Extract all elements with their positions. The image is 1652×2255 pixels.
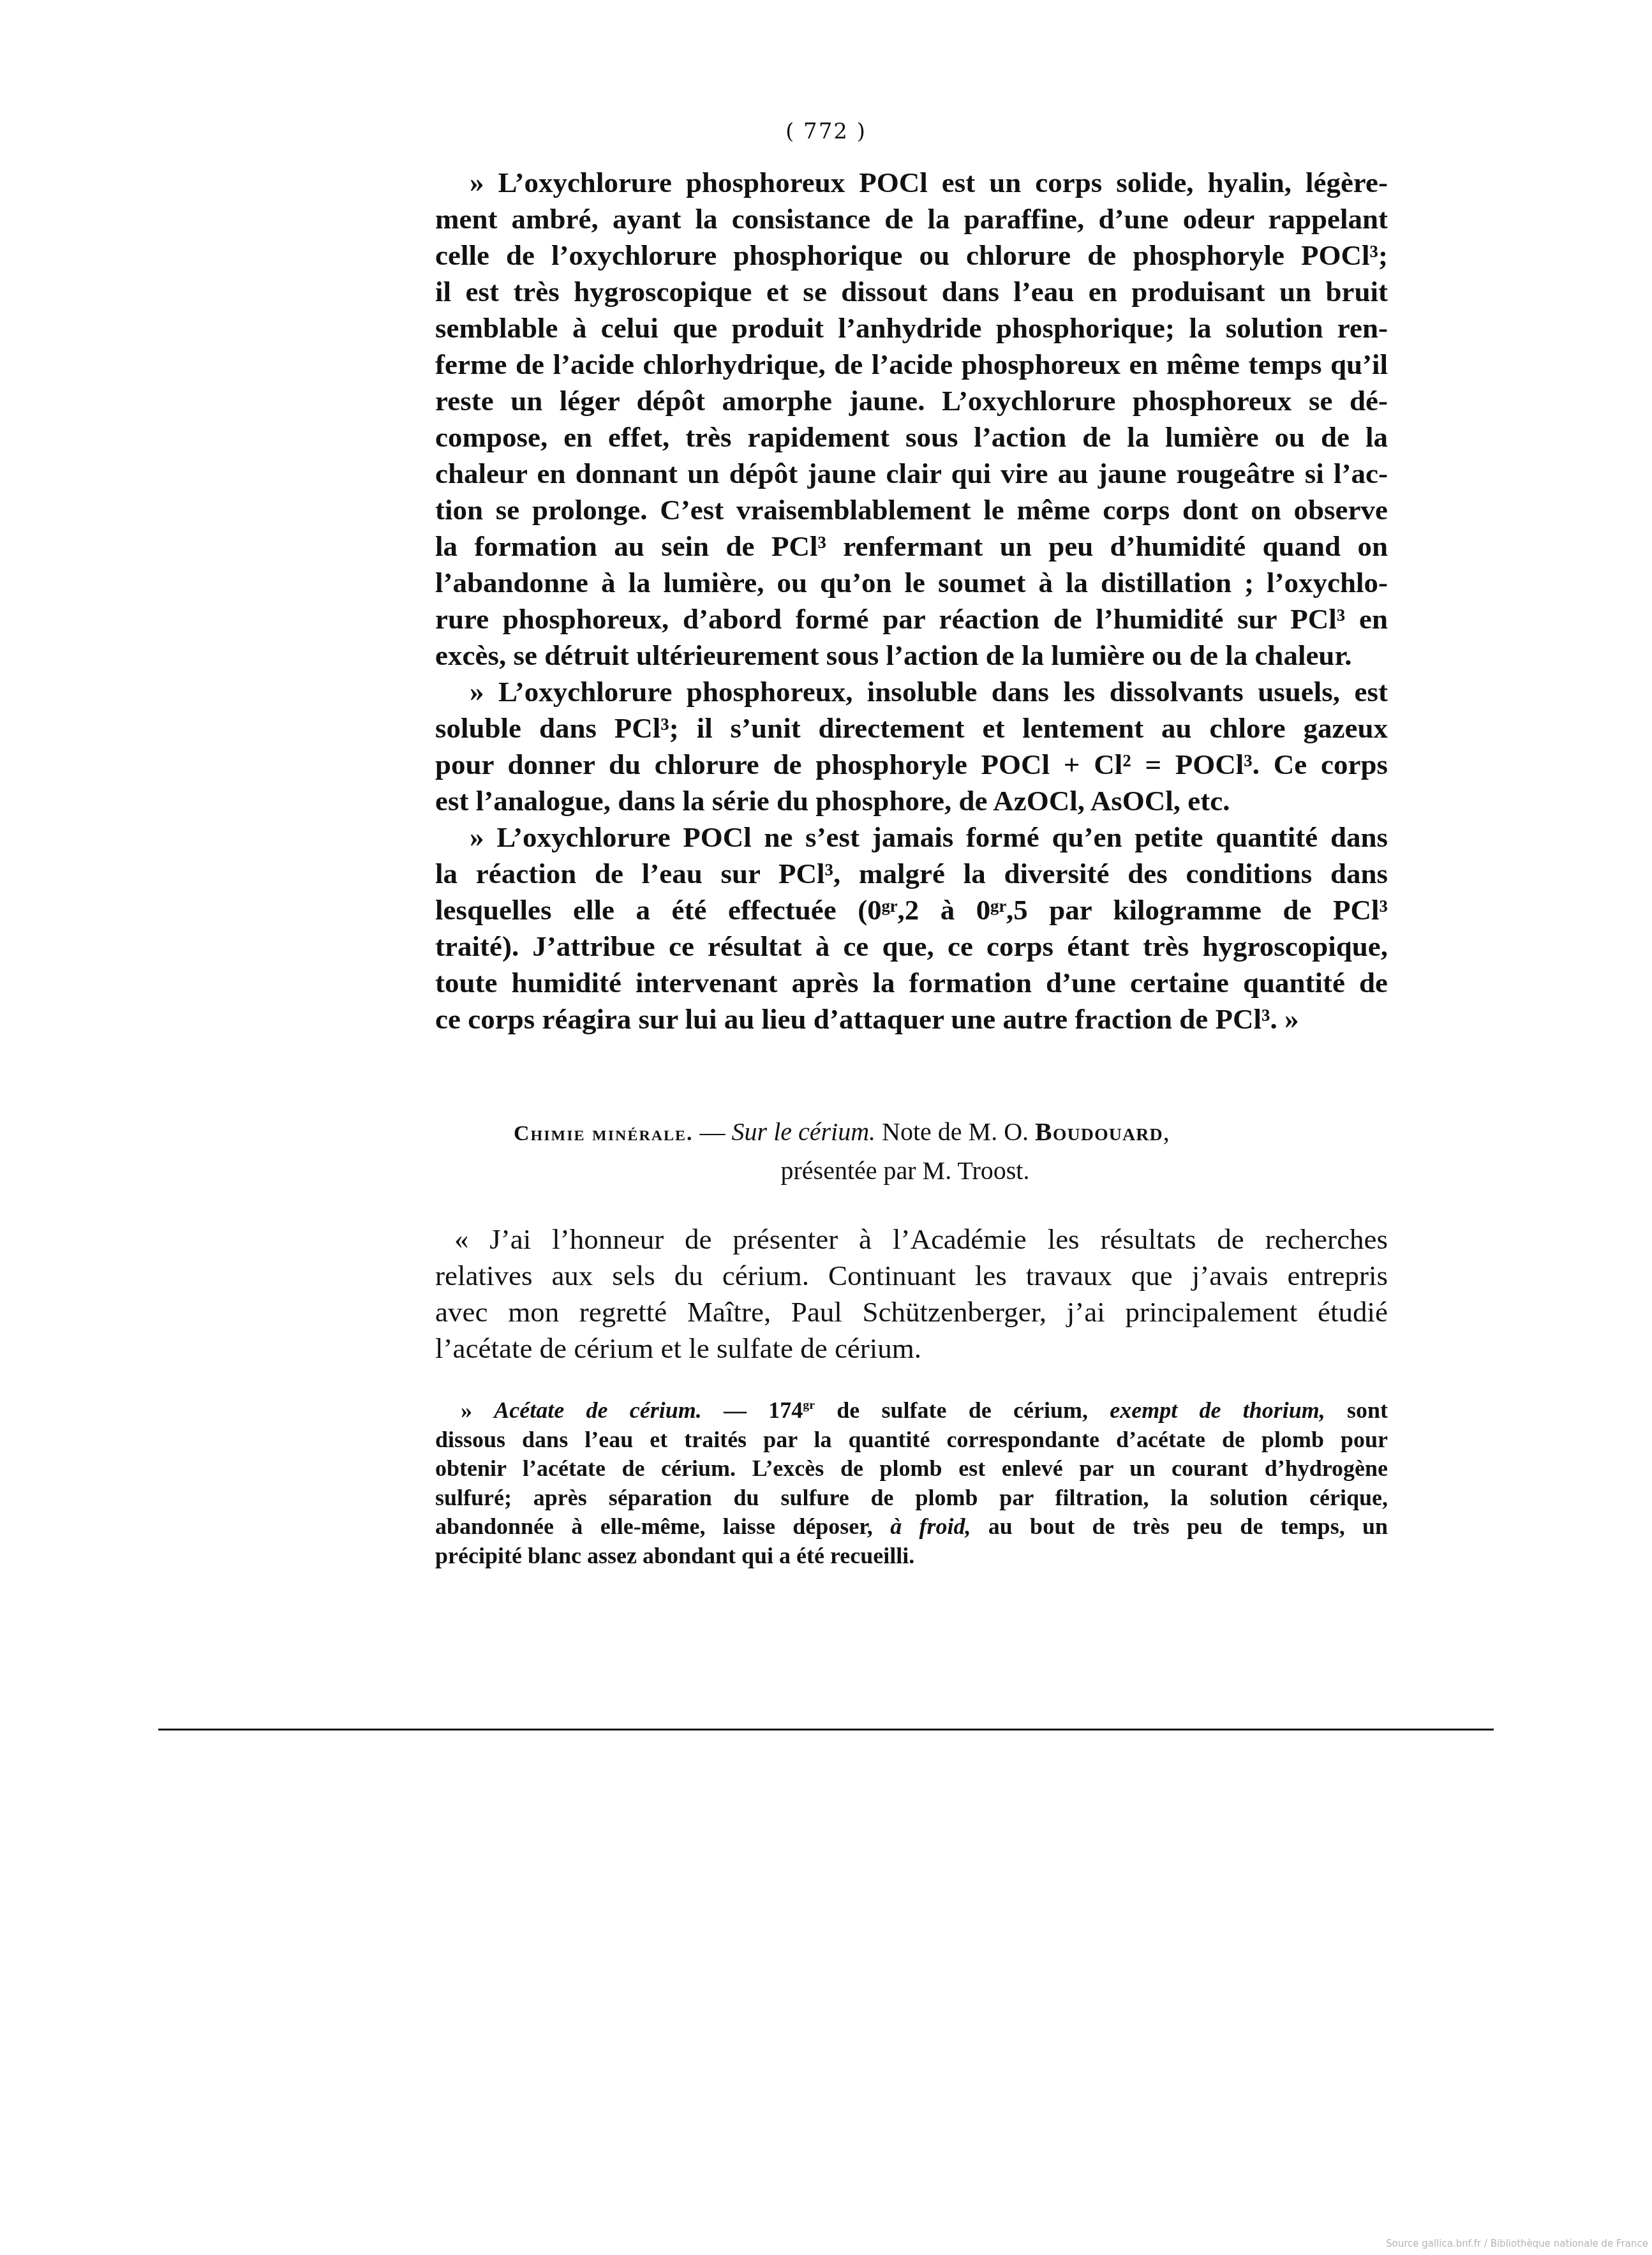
text-line: rure phosphoreux, d’abord formé par réac… <box>435 601 1388 637</box>
text-line: relatives aux sels du cérium. Continuant… <box>435 1258 1388 1294</box>
text-line: » L’oxychlorure POCl ne s’est jamais for… <box>435 819 1388 856</box>
text-line: obtenir l’acétate de cérium. L’excès de … <box>435 1454 1388 1484</box>
text-line: précipité blanc assez abondant qui a été… <box>435 1542 1388 1571</box>
text-fragment: de sulfate de cérium, <box>815 1397 1110 1423</box>
text-line: tion se prolonge. C’est vraisemblablemen… <box>435 492 1388 528</box>
heading-title-line: Chimie minérale. — Sur le cérium. Note d… <box>435 1117 1388 1149</box>
author-suffix: , <box>1163 1117 1170 1146</box>
unit-superscript: gr <box>803 1398 815 1412</box>
text-line: la réaction de l’eau sur PCl³, malgré la… <box>435 856 1388 892</box>
text-line: l’acétate de cérium et le sulfate de cér… <box>435 1330 1388 1367</box>
text-line: est l’analogue, dans la série du phospho… <box>435 783 1388 819</box>
text-line: chaleur en donnant un dépôt jaune clair … <box>435 456 1388 492</box>
scanned-page: ( 772 ) » L’oxychlorure phosphoreux POCl… <box>0 0 1652 2255</box>
page-bottom-rule <box>158 1729 1494 1730</box>
presented-by: présentée par M. Troost. <box>435 1156 1388 1186</box>
text-line: dissous dans l’eau et traités par la qua… <box>435 1425 1388 1455</box>
section-acetate-de-cerium: » Acétate de cérium. — 174gr de sulfate … <box>435 1396 1388 1570</box>
text-line: toute humidité intervenant après la form… <box>435 965 1388 1001</box>
heading-dash: — <box>694 1117 732 1146</box>
text-line: compose, en effet, très rapidement sous … <box>435 419 1388 456</box>
text-line: avec mon regretté Maître, Paul Schützenb… <box>435 1294 1388 1330</box>
text-line: semblable à celui que produit l’anhydrid… <box>435 310 1388 346</box>
text-line: ment ambré, ayant la consistance de la p… <box>435 201 1388 237</box>
article-title: Sur le cérium. <box>732 1117 876 1146</box>
section-cerium-intro: « J’ai l’honneur de présenter à l’Académ… <box>435 1221 1388 1367</box>
text-line: la formation au sein de PCl³ renfermant … <box>435 528 1388 565</box>
text-line: il est très hygroscopique et se dissout … <box>435 274 1388 310</box>
text-line: « J’ai l’honneur de présenter à l’Académ… <box>435 1221 1388 1258</box>
text-line: soluble dans PCl³; il s’unit directement… <box>435 710 1388 747</box>
text-line: » Acétate de cérium. — 174gr de sulfate … <box>435 1396 1388 1425</box>
subsection-title: Acétate de cérium. <box>494 1397 701 1423</box>
source-credit: Source gallica.bnf.fr / Bibliothèque nat… <box>1386 2238 1648 2249</box>
author-name: Boudouard <box>1035 1117 1163 1146</box>
text-line: » L’oxychlorure phosphoreux POCl est un … <box>435 165 1388 201</box>
text-fragment: au bout de très peu de temps, un <box>971 1514 1388 1539</box>
text-fragment: abandonnée à elle-même, laisse déposer, <box>435 1514 890 1539</box>
text-line: abandonnée à elle-même, laisse déposer, … <box>435 1512 1388 1542</box>
text-line: ferme de l’acide chlorhydrique, de l’aci… <box>435 346 1388 383</box>
rubric-label: Chimie minérale. <box>514 1122 694 1145</box>
quote-mark: » <box>461 1397 494 1423</box>
text-line: l’abandonne à la lumière, ou qu’on le so… <box>435 565 1388 601</box>
article-heading: Chimie minérale. — Sur le cérium. Note d… <box>435 1117 1388 1186</box>
text-line: traité). J’attribue ce résultat à ce que… <box>435 928 1388 965</box>
text-line: sulfuré; après séparation du sulfure de … <box>435 1484 1388 1513</box>
note-prefix: Note de M. O. <box>875 1117 1035 1146</box>
text-fragment: — 174 <box>702 1397 803 1423</box>
text-line: celle de l’oxychlorure phosphorique ou c… <box>435 237 1388 274</box>
text-line: » L’oxychlorure phosphoreux, insoluble d… <box>435 674 1388 710</box>
text-line: excès, se détruit ultérieurement sous l’… <box>435 637 1388 674</box>
italic-phrase: exempt de thorium, <box>1110 1397 1325 1423</box>
text-line: ce corps réagira sur lui au lieu d’attaq… <box>435 1001 1388 1038</box>
section-oxychlorure: » L’oxychlorure phosphoreux POCl est un … <box>435 165 1388 1038</box>
text-line: reste un léger dépôt amorphe jaune. L’ox… <box>435 383 1388 419</box>
text-line: pour donner du chlorure de phosphoryle P… <box>435 747 1388 783</box>
text-line: lesquelles elle a été effectuée (0ᵍʳ,2 à… <box>435 892 1388 928</box>
text-fragment: sont <box>1325 1397 1388 1423</box>
page-number: ( 772 ) <box>0 119 1652 144</box>
italic-phrase: à froid, <box>890 1514 971 1539</box>
